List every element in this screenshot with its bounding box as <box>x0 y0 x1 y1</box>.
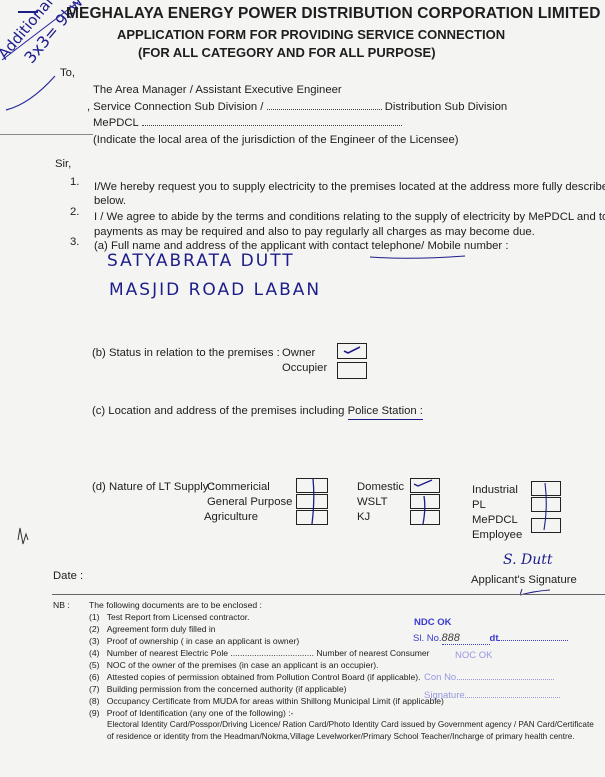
nb-item-text: Building permission from the concerned a… <box>107 684 347 694</box>
stamp-ndc-ok: NDC OK <box>414 617 451 628</box>
stamp-dt-field <box>498 640 568 641</box>
nb-item-5: (5) NOC of the owner of the premises (in… <box>89 660 378 670</box>
nb-item-num: (6) <box>89 672 100 682</box>
stamp-serial-number: 888 <box>442 632 490 645</box>
nb-item-4: (4) Number of nearest Electric Pole ....… <box>89 648 430 658</box>
nb-item-num: (8) <box>89 696 100 706</box>
stamp-signature-label: Signature <box>424 690 465 701</box>
nb-item-9: (9) Proof of Identification (any one of … <box>89 708 293 718</box>
nb-label: NB : <box>53 600 70 610</box>
nb-item-2: (2) Agreement form duly filled in <box>89 624 216 634</box>
nb-item-1: (1) Test Report from Licensed contractor… <box>89 612 250 622</box>
nb-item-num: (2) <box>89 624 100 634</box>
footer-divider <box>52 594 605 595</box>
nb-item-num: (3) <box>89 636 100 646</box>
stamp-con-no-label: Con No. <box>424 672 459 683</box>
nb-id-line1: Electoral Identity Card/Posspor/Driving … <box>107 720 594 729</box>
nb-item-num: (5) <box>89 660 100 670</box>
nb-item-text: Proof of Identification (any one of the … <box>107 708 294 718</box>
nb-item-3: (3) Proof of ownership ( in case an appl… <box>89 636 299 646</box>
nb-item-8: (8) Occupancy Certificate from MUDA for … <box>89 696 444 706</box>
nb-item-num: (7) <box>89 684 100 694</box>
nb-item-text: Attested copies of permission obtained f… <box>107 672 421 682</box>
nb-intro: The following documents are to be enclos… <box>89 600 262 610</box>
stamp-signature-field <box>465 697 560 698</box>
stamp-signature: Signature <box>424 690 560 701</box>
nb-item-num: (4) <box>89 648 100 658</box>
nb-id-line2: of residence or identity from the Headma… <box>107 732 575 741</box>
stamp-serial-label: Sl. No. <box>413 633 442 644</box>
stamp-dt-label: dt <box>490 633 499 644</box>
nb-item-6: (6) Attested copies of permission obtain… <box>89 672 421 682</box>
nb-item-text: Test Report from Licensed contractor. <box>107 612 250 622</box>
nb-item-text: Agreement form duly filled in <box>107 624 216 634</box>
stamp-con-no: Con No. <box>424 672 554 683</box>
nb-item-text: Number of nearest Electric Pole ........… <box>107 648 430 658</box>
stamp-noc-ok: NOC OK <box>455 650 492 661</box>
nb-item-7: (7) Building permission from the concern… <box>89 684 346 694</box>
stamp-serial: Sl. No.888dt <box>413 632 568 645</box>
stamp-con-no-field <box>459 679 554 680</box>
nb-item-num: (9) <box>89 708 100 718</box>
nb-item-num: (1) <box>89 612 100 622</box>
nb-item-text: NOC of the owner of the premises (in cas… <box>107 660 379 670</box>
nb-item-text: Occupancy Certificate from MUDA for area… <box>107 696 444 706</box>
nb-item-text: Proof of ownership ( in case an applican… <box>107 636 300 646</box>
